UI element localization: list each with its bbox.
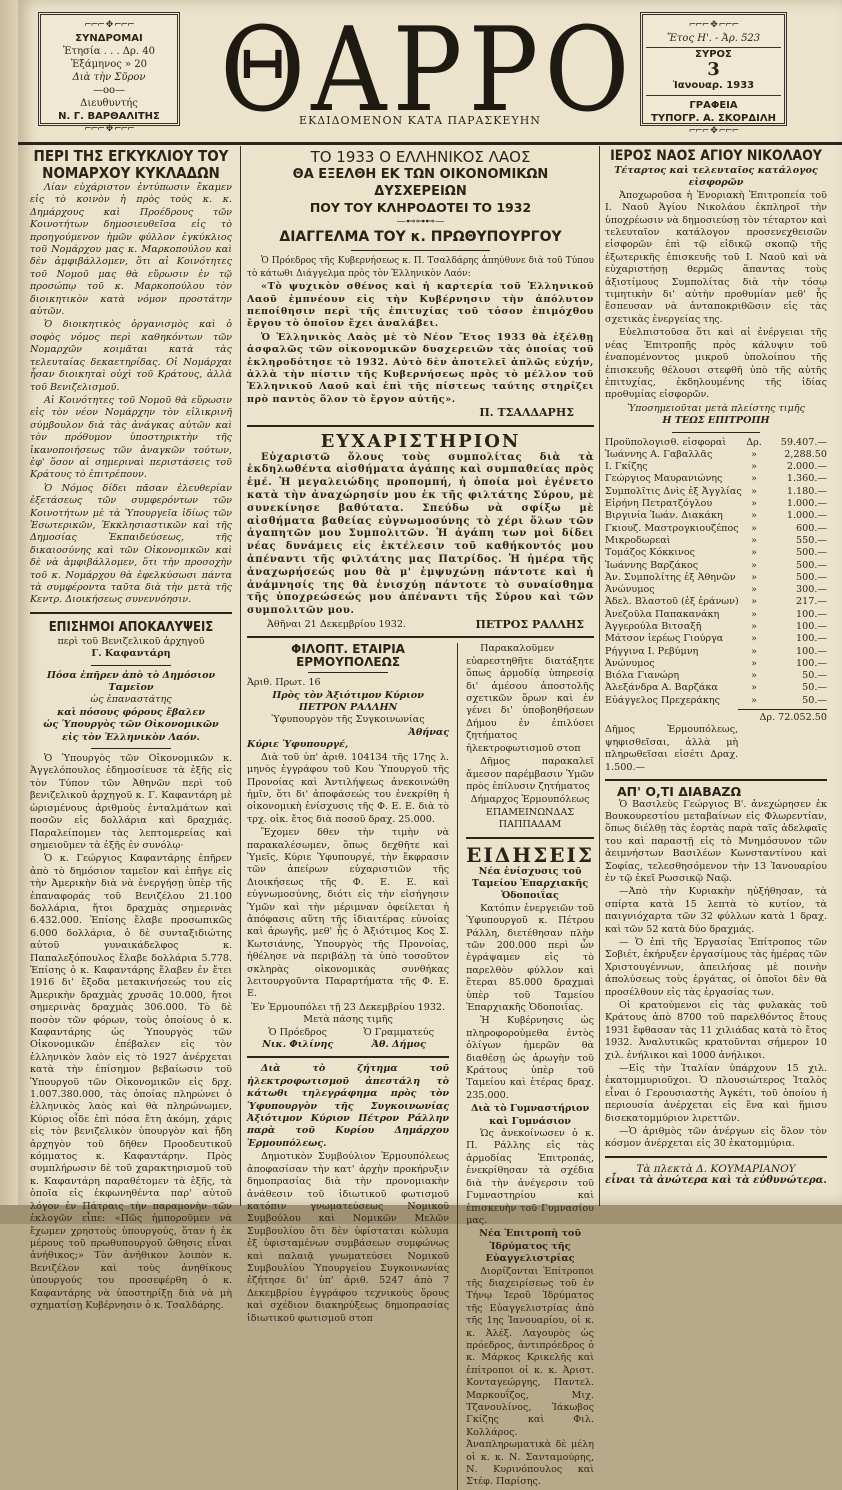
donation-row: Προϋπολογισθ. εἰσφοραὶΔρ.59.407.—	[605, 437, 827, 449]
church-paragraph: Εὐελπιστοῦσα ὅτι καὶ αἱ ἐνέργειαι τῆς νέ…	[605, 327, 827, 401]
donation-row: Ἰωάννης Α. Γαβαλλᾶς»2,288.50	[605, 449, 827, 461]
reading-paragraph: —Ὁ ἀριθμὸς τῶν ἀνέργων εἰς ὅλον τὸν κόσμ…	[605, 1126, 827, 1151]
donations-list: Προϋπολογισθ. εἰσφοραὶΔρ.59.407.— Ἰωάννη…	[605, 437, 827, 708]
director-label: Διευθυντής	[44, 97, 174, 110]
lead-paragraph: Ὁ Ἑλληνικὸς Λαὸς μὲ τὸ Νέον Ἔτος 1933 θὰ…	[247, 332, 594, 406]
donation-row: Βιργινία Ἰωάν. Διακάκη»1.000.—	[605, 510, 827, 522]
ornament-divider: —⊷⊶⊷—	[247, 216, 594, 228]
issue-day: 3	[646, 61, 781, 79]
section-rule	[247, 1056, 449, 1058]
telegram-paragraph: Παρακαλοῦμεν εὐαρεστηθῆτε διατάξητε ὅπως…	[466, 643, 594, 755]
thanks-dateline: Ἀθῆναι 21 Δεκεμβρίου 1932.	[267, 619, 406, 631]
divider	[672, 432, 761, 433]
donation-row: Ἀν. Συμπολίτης ἐξ Ἀθηνῶν»500.—	[605, 572, 827, 584]
telegram-paragraph: Δῆμος παρακαλεῖ ἄμεσον παρέμβασιν Ὑμῶν π…	[466, 756, 594, 793]
news-subheading: Διὰ τὸ Γυμναστήριον καὶ Γυμνάσιον	[466, 1103, 594, 1128]
column-rule	[599, 146, 600, 1206]
donation-row: Ἀγγερούλα Βιτσαξῆ»100.—	[605, 621, 827, 633]
issue-number: Ἔτος Η'. - Ἀρ. 523	[646, 32, 781, 48]
article-paragraph: Ὁ διοικητικὸς ὀργανισμὸς καὶ ὁ σοφὸς νόμ…	[30, 319, 232, 393]
donation-row: Ἀδελ. Βλαστοῦ (ἐξ ἐράνων)»217.—	[605, 596, 827, 608]
greek-key-ornament: ⌐⌐⌐ ✥ ⌐⌐⌐	[44, 19, 174, 32]
divider	[351, 250, 490, 251]
section-rule	[247, 425, 594, 427]
donation-row: Γκιουζ. Μαστρογκιουζέπος»600.—	[605, 523, 827, 535]
addressee-line: Πρὸς τὸν Ἀξιότιμον Κύριον	[247, 690, 449, 702]
signer-title: Ὁ Γραμματεύς	[363, 1027, 434, 1039]
section-rule	[30, 612, 232, 614]
donation-row: Ἀνώνυμος»300.—	[605, 584, 827, 596]
addressee-city: Ἀθήνας	[247, 727, 449, 739]
for-syros-note: Διὰ τὴν Σῦρον	[44, 71, 174, 84]
article-paragraph: Αἱ Κοινότητες τοῦ Νομοῦ θὰ εὕρωσιν εἰς τ…	[30, 395, 232, 482]
signer-name: Ἀθ. Δήμος	[363, 1039, 434, 1051]
column-rule	[240, 146, 241, 1206]
telegram-intro: Διὰ τὸ ζήτημα τοῦ ἠλεκτροφωτισμοῦ ἀπεστά…	[247, 1063, 449, 1150]
donation-row: Μάτσον ἱερέως Γιούργα»100.—	[605, 633, 827, 645]
page-gutter-shadow	[0, 0, 18, 1224]
masthead-rule	[18, 142, 842, 145]
article-paragraph: Ὁ Νόμος δίδει πᾶσαν ἐλευθερίαν ἐξετάσεως…	[30, 483, 232, 607]
donation-row: Μικροδωρεαὶ»550.—	[605, 535, 827, 547]
reading-paragraph: —Ἀπὸ τὴν Κυριακὴν ηὐξήθησαν, τὰ σπίρτα κ…	[605, 886, 827, 936]
divider	[646, 95, 781, 96]
municipal-note: Δῆμος Ἑρμουπόλεως, ψηφισθεῖσαι, ἀλλὰ μὴ …	[605, 724, 738, 774]
letter-paragraph: Διὰ τοῦ ὑπ' ἀριθ. 104134 τῆς 17ης λ. μην…	[247, 752, 449, 826]
article-paragraph: Λίαν εὐχάριστον ἐντύπωσιν ἔκαμεν εἰς τὸ …	[30, 182, 232, 318]
letter-paragraph: Ἔχομεν δθεν τὴν τιμὴν νὰ παρακαλέσωμεν, …	[247, 827, 449, 1001]
issue-date: Ἰανουαρ. 1933	[646, 79, 781, 92]
donation-row: Ἀλεξάνδρα Α. Βαρζάκα»50.—	[605, 682, 827, 694]
donation-row: Ἀνεζοῦλα Παπακανάκη»100.—	[605, 609, 827, 621]
greek-key-ornament: ⌐⌐⌐ ✥ ⌐⌐⌐	[646, 19, 781, 32]
reading-paragraph: Οἱ κρατούμενοι εἰς τὰς φυλακὰς τοῦ Κράτο…	[605, 1000, 827, 1062]
letter-dateline: Ἐν Ἑρμουπόλει τῇ 23 Δεκεμβρίου 1932.	[247, 1002, 449, 1014]
column-right: ΙΕΡΟΣ ΝΑΟΣ ΑΓΙΟΥ ΝΙΚΟΛΑΟΥ Τέταρτος καὶ τ…	[605, 148, 827, 1188]
donation-row: Ι. Γκίζης»2.000.—	[605, 461, 827, 473]
donation-row: Εἰρήνη Πετρατζόγλου»1.000.—	[605, 498, 827, 510]
reading-paragraph: — Ὁ ἐπὶ τῆς Ἐργασίας Ἐπίτροπος τῶν Σοβιέ…	[605, 937, 827, 999]
news-subheading: Νέα ἐνίσχυσις τοῦ Ταμείου Ἐπαρχιακῆς Ὁδο…	[466, 866, 594, 903]
article-headline: ΠΕΡΙ ΤΗΣ ΕΓΚΥΚΛΙΟΥ ΤΟΥ ΝΟΜΑΡΧΟΥ ΚΥΚΛΑΔΩΝ	[30, 148, 232, 182]
telegram-signer-title: Δήμαρχος Ἑρμουπόλεως	[466, 794, 594, 806]
donations-total: Δρ. 72.052.50	[605, 712, 827, 724]
society-letter: ΦΙΛΟΠΤ. ΕΤΑΙΡΙΑ ΕΡΜΟΥΠΟΛΕΩΣ Ἀριθ. Πρωτ. …	[247, 643, 458, 1224]
church-headline: ΙΕΡΟΣ ΝΑΟΣ ΑΓΙΟΥ ΝΙΚΟΛΑΟΥ	[605, 148, 827, 165]
article-deck: Πόσα ἐπῆρεν ἀπὸ τὸ Δημόσιον Ταμεῖον	[30, 670, 232, 695]
telegram-paragraph: Δημοτικὸν Συμβούλιον Ἑρμουπόλεως ἀποφασί…	[247, 1151, 449, 1224]
article-headline: ΕΠΙΣΗΜΟΙ ΑΠΟΚΑΛΥΨΕΙΣ	[30, 619, 232, 636]
signer-name: Νικ. Φιλίνης	[262, 1039, 333, 1051]
newspaper-title: ΘΑΡΡΟΣ	[220, 8, 620, 131]
donation-row: Εὐάγγελος Πρεχεράκης»50.—	[605, 695, 827, 707]
two-column-block: ΦΙΛΟΠΤ. ΕΤΑΙΡΙΑ ΕΡΜΟΥΠΟΛΕΩΣ Ἀριθ. Πρωτ. …	[247, 643, 594, 1224]
lead-paragraph: «Τὸ ψυχικὸν σθένος καὶ ἡ καρτερία τοῦ Ἑλ…	[247, 281, 594, 331]
letter-closing: Μετὰ πάσης τιμῆς	[247, 1014, 449, 1026]
reading-headline: ΑΠ' Ο,ΤΙ ΔΙΑΒΑΖΩ	[605, 786, 827, 798]
offices-label: ΓΡΑΦΕΙΑ	[646, 99, 781, 112]
greek-key-ornament: ⌐⌐⌐ ✥ ⌐⌐⌐	[646, 125, 781, 138]
society-ref: Ἀριθ. Πρωτ. 16	[247, 677, 449, 689]
thanks-headline: ΕΥΧΑΡΙΣΤΗΡΙΟΝ	[247, 432, 594, 452]
lead-headline: ΘΑ ΕΞΕΛΘΗ ΕΚ ΤΩΝ ΟΙΚΟΝΟΜΙΚΩΝ ΔΥΣΧΕΡΕΙΩΝ	[247, 166, 594, 200]
printer-name: ΤΥΠΟΓΡ. Α. ΣΚΟΡΔΙΛΗ	[646, 112, 781, 125]
news-paragraph: Κατόπιν ἐνεργειῶν τοῦ Ὑφυπουργοῦ κ. Πέτρ…	[466, 903, 594, 1015]
society-headline: ΦΙΛΟΠΤ. ΕΤΑΙΡΙΑ ΕΡΜΟΥΠΟΛΕΩΣ	[247, 643, 449, 668]
section-rule	[466, 837, 594, 839]
telegram-signer-name: ΕΠΑΜΕΙΝΩΝΔΑΣ ΠΑΠΠΑΔΑΜ	[466, 807, 594, 832]
thanks-body: Εὐχαριστῶ ὅλους τοὺς συμπολίτας διὰ τὰ ἐ…	[247, 452, 594, 618]
article-subheadline: Γ. Καφαντάρη	[30, 648, 232, 660]
donation-row: Τομάζος Κόκκινος»500.—	[605, 547, 827, 559]
donation-row: Γεώργιος Μαυρανιώνης»1.360.—	[605, 473, 827, 485]
news-headline: ΕΙΔΗΣΕΙΣ	[466, 844, 594, 866]
article-subheadline: περὶ τοῦ Βενιζελικοῦ ἀρχηγοῦ	[30, 636, 232, 648]
signer-title: Ὁ Πρόεδρος	[262, 1027, 333, 1039]
church-paragraph: Ἀποχωροῦσα ἡ Ἐνοριακὴ Ἐπιτροπεία τοῦ Ι. …	[605, 190, 827, 326]
church-deck: Τέταρτος καὶ τελευταῖος κατάλογος εἰσφορ…	[605, 165, 827, 190]
news-column: Παρακαλοῦμεν εὐαρεστηθῆτε διατάξητε ὅπως…	[458, 643, 594, 1224]
news-paragraph: Ἡ Κυβέρνησις ὡς πληροφορούμεθα ἐντὸς ὀλί…	[466, 1015, 594, 1102]
divider	[308, 672, 389, 673]
lead-intro: Ὁ Πρόεδρος τῆς Κυβερνήσεως κ. Π. Τσαλδάρ…	[247, 255, 594, 280]
divider	[91, 665, 172, 666]
column-left: ΠΕΡΙ ΤΗΣ ΕΓΚΥΚΛΙΟΥ ΤΟΥ ΝΟΜΑΡΧΟΥ ΚΥΚΛΑΔΩΝ…	[30, 148, 232, 1224]
donation-row: Ἰωάννης Βαρζάκος»500.—	[605, 560, 827, 572]
director-name: Ν. Γ. ΒΑΡΘΑΛΙΤΗΣ	[44, 110, 174, 123]
donation-row: Συμπολῖτις Δνὶς ἐξ Ἀγγλίας»1.180.—	[605, 486, 827, 498]
article-deck: καὶ πόσους φόρους ἔβαλεν	[30, 707, 232, 719]
thanks-signature: ΠΕΤΡΟΣ ΡΑΛΛΗΣ	[476, 619, 584, 631]
lead-signature: Π. ΤΣΑΛΔΑΡΗΣ	[247, 407, 594, 419]
greek-key-ornament: ⌐⌐⌐ ✥ ⌐⌐⌐	[44, 123, 174, 136]
donation-row: Ἀνώνυμος»100.—	[605, 658, 827, 670]
newspaper-subtitle: ΕΚΔΙΔΟΜΕΝΟΝ ΚΑΤΑ ΠΑΡΑΣΚΕΥΗΝ	[220, 114, 620, 127]
news-paragraph: Ὡς ἀνεκοίνωσεν ὁ κ. Π. Ράλλης εἰς τὰς ἁρ…	[466, 1128, 594, 1224]
article-deck: εἰς τὸν Ἑλληνικὸν Λαόν.	[30, 732, 232, 744]
addressee-title: Ὑφυπουργὸν τῆς Συγκοινωνίας	[247, 714, 449, 726]
article-deck: ὡς ἐπαναστάτης	[30, 694, 232, 706]
ad-line: Τὰ πλεκτὰ Δ. ΚΟΥΜΑΡΙΑΝΟΥ	[605, 1163, 827, 1175]
divider-mark: —οο—	[44, 84, 174, 97]
section-rule	[247, 636, 594, 638]
lead-subheadline: ΔΙΑΓΓΕΛΜΑ ΤΟΥ κ. ΠΡΩΘΥΠΟΥΡΓΟΥ	[247, 228, 594, 246]
semiannual-price: Ἑξάμηνος » 20	[44, 58, 174, 71]
addressee-name: ΠΕΤΡΟΝ ΡΑΛΛΗΝ	[247, 702, 449, 714]
issue-ear-box: ⌐⌐⌐ ✥ ⌐⌐⌐ Ἔτος Η'. - Ἀρ. 523 ΣΥΡΟΣ 3 Ἰαν…	[640, 12, 787, 126]
donation-row: Βιόλα Γιανώρη»50.—	[605, 670, 827, 682]
ad-line: εἶναι τὰ ἀνώτερα καὶ τὰ εὐθυνώτερα.	[605, 1175, 827, 1187]
article-paragraph: Ὁ Ὑπουργὸς τῶν Οἰκονομικῶν κ. Ἀγγελόπουλ…	[30, 753, 232, 852]
article-paragraph: Ὁ κ. Γεώργιος Καφαντάρης ἐπῆρεν ἀπὸ τὸ δ…	[30, 853, 232, 1224]
subscriptions-heading: ΣΥΝΔΡΟΜΑΙ	[44, 32, 174, 45]
church-signoff: Ὑποσημειοῦται μετὰ πλείστης τιμῆς	[605, 403, 827, 415]
annual-price: Ἐτησία . . . Δρ. 40	[44, 45, 174, 58]
reading-paragraph: Ὁ Βασιλεὺς Γεώργιος Β'. ἀνεχώρησεν ἐκ Βο…	[605, 799, 827, 886]
church-committee: Η ΤΕΩΣ ΕΠΙΤΡΟΠΗ	[605, 415, 827, 427]
lead-headline: ΤΟ 1933 Ο ΕΛΛΗΝΙΚΟΣ ΛΑΟΣ	[247, 148, 594, 166]
donation-row: Ρήγγινα Ι. Ρεβύμνη»100.—	[605, 646, 827, 658]
subscription-ear-box: ⌐⌐⌐ ✥ ⌐⌐⌐ ΣΥΝΔΡΟΜΑΙ Ἐτησία . . . Δρ. 40 …	[38, 12, 180, 126]
letter-salutation: Κύριε Ὑφυπουργέ,	[247, 739, 449, 751]
lead-headline: ΠΟΥ ΤΟΥ ΚΛΗΡΟΔΟΤΕΙ ΤΟ 1932	[247, 200, 594, 216]
section-rule	[605, 1156, 827, 1158]
section-rule	[605, 779, 827, 781]
article-deck: ὡς Ὑπουργὸς τῶν Οἰκονομικῶν	[30, 719, 232, 731]
reading-paragraph: —Εἰς τὴν Ἰταλίαν ὑπάρχουν 15 χιλ. ἑκατομ…	[605, 1063, 827, 1125]
divider	[91, 748, 172, 749]
column-center: ΤΟ 1933 Ο ΕΛΛΗΝΙΚΟΣ ΛΑΟΣ ΘΑ ΕΞΕΛΘΗ ΕΚ ΤΩ…	[247, 148, 594, 1224]
